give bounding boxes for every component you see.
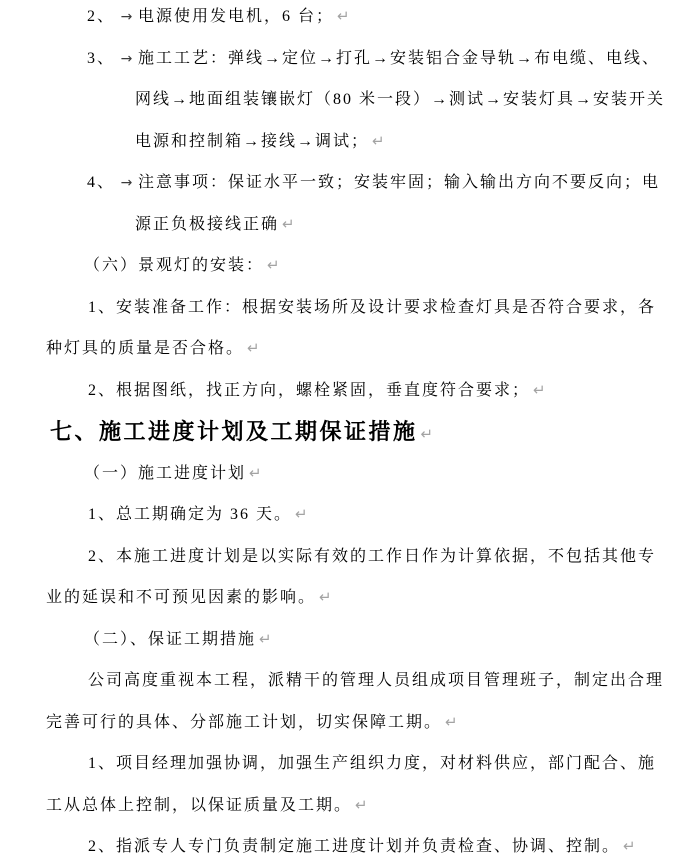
text-run: 完善可行的具体、分部施工计划，切实保障工期。 [46, 714, 442, 731]
section-heading: 七、施工进度计划及工期保证措施↵ [0, 411, 682, 453]
text-run: （一）施工进度计划 [84, 465, 246, 482]
document-line: 2、根据图纸，找正方向，螺栓紧固，垂直度符合要求；↵ [0, 370, 682, 412]
paragraph-return-icon: ↵ [445, 713, 458, 731]
tab-mark-icon: → [115, 39, 138, 80]
document-line: 工从总体上控制，以保证质量及工期。↵ [0, 785, 682, 827]
document-line: 2、→电源使用发电机，6 台；↵ [0, 0, 682, 38]
text-run: 七、施工进度计划及工期保证措施 [50, 419, 418, 444]
paragraph-return-icon: ↵ [355, 796, 368, 814]
text-run: 1、总工期确定为 36 天。 [88, 506, 292, 523]
paragraph-return-icon: ↵ [295, 505, 308, 523]
text-run: 1、项目经理加强协调，加强生产组织力度，对材料供应，部门配合、施 [88, 755, 656, 772]
text-run: 1、安装准备工作：根据安装场所及设计要求检查灯具是否符合要求，各 [88, 299, 656, 316]
paragraph-return-icon: ↵ [533, 381, 546, 399]
document-line: 2、指派专人专门负责制定施工进度计划并负责检查、协调、控制。↵ [0, 826, 682, 860]
text-run: 施工工艺：弹线→定位→打孔→安装铝合金导轨→布电缆、电线、 [138, 50, 660, 67]
document-line: 1、总工期确定为 36 天。↵ [0, 494, 682, 536]
document-line: （六）景观灯的安装：↵ [0, 245, 682, 287]
document-line: 1、安装准备工作：根据安装场所及设计要求检查灯具是否符合要求，各 [0, 287, 682, 329]
text-run: 电源和控制箱→接线→调试； [135, 133, 369, 150]
text-run: 业的延误和不可预见因素的影响。 [46, 589, 316, 606]
paragraph-return-icon: ↵ [247, 339, 260, 357]
text-run: 4、 [87, 174, 115, 191]
text-run: 网线→地面组装镶嵌灯（80 米一段）→测试→安装灯具→安装开关 [135, 91, 665, 108]
document-line: 业的延误和不可预见因素的影响。↵ [0, 577, 682, 619]
text-run: 种灯具的质量是否合格。 [46, 340, 244, 357]
paragraph-return-icon: ↵ [267, 256, 280, 274]
text-run: 工从总体上控制，以保证质量及工期。 [46, 797, 352, 814]
tab-mark-icon: → [115, 163, 138, 204]
text-run: 2、指派专人专门负责制定施工进度计划并负责检查、协调、控制。 [88, 838, 620, 855]
paragraph-return-icon: ↵ [259, 630, 272, 648]
document-line: 源正负极接线正确↵ [0, 204, 682, 246]
paragraph-return-icon: ↵ [421, 425, 434, 443]
tab-mark-icon: → [115, 0, 138, 38]
paragraph-return-icon: ↵ [282, 215, 295, 233]
text-run: 2、根据图纸，找正方向，螺栓紧固，垂直度符合要求； [88, 382, 530, 399]
document-line: 种灯具的质量是否合格。↵ [0, 328, 682, 370]
document-content: 2、→电源使用发电机，6 台；↵3、→施工工艺：弹线→定位→打孔→安装铝合金导轨… [0, 0, 682, 860]
text-run: 源正负极接线正确 [135, 216, 279, 233]
paragraph-return-icon: ↵ [623, 837, 636, 855]
document-line: 3、→施工工艺：弹线→定位→打孔→安装铝合金导轨→布电缆、电线、 [0, 38, 682, 80]
document-line: 电源和控制箱→接线→调试；↵ [0, 121, 682, 163]
document-page: 2、→电源使用发电机，6 台；↵3、→施工工艺：弹线→定位→打孔→安装铝合金导轨… [0, 0, 682, 860]
text-run: 电源使用发电机，6 台； [138, 8, 334, 25]
document-line: （一）施工进度计划↵ [0, 453, 682, 495]
text-run: 注意事项：保证水平一致；安装牢固；输入输出方向不要反向；电 [138, 174, 660, 191]
text-run: 2、本施工进度计划是以实际有效的工作日作为计算依据，不包括其他专 [88, 548, 656, 565]
document-line: （二）、保证工期措施↵ [0, 619, 682, 661]
text-run: 2、 [87, 8, 115, 25]
document-line: 1、项目经理加强协调，加强生产组织力度，对材料供应，部门配合、施 [0, 743, 682, 785]
paragraph-return-icon: ↵ [337, 7, 350, 25]
text-run: （六）景观灯的安装： [84, 257, 264, 274]
paragraph-return-icon: ↵ [249, 464, 262, 482]
document-line: 完善可行的具体、分部施工计划，切实保障工期。↵ [0, 702, 682, 744]
document-line: 公司高度重视本工程，派精干的管理人员组成项目管理班子，制定出合理 [0, 660, 682, 702]
text-run: 3、 [87, 50, 115, 67]
text-run: （二）、保证工期措施 [84, 631, 256, 648]
document-line: 网线→地面组装镶嵌灯（80 米一段）→测试→安装灯具→安装开关 [0, 79, 682, 121]
document-line: 2、本施工进度计划是以实际有效的工作日作为计算依据，不包括其他专 [0, 536, 682, 578]
paragraph-return-icon: ↵ [372, 132, 385, 150]
text-run: 公司高度重视本工程，派精干的管理人员组成项目管理班子，制定出合理 [88, 672, 664, 689]
document-line: 4、→注意事项：保证水平一致；安装牢固；输入输出方向不要反向；电 [0, 162, 682, 204]
paragraph-return-icon: ↵ [319, 588, 332, 606]
